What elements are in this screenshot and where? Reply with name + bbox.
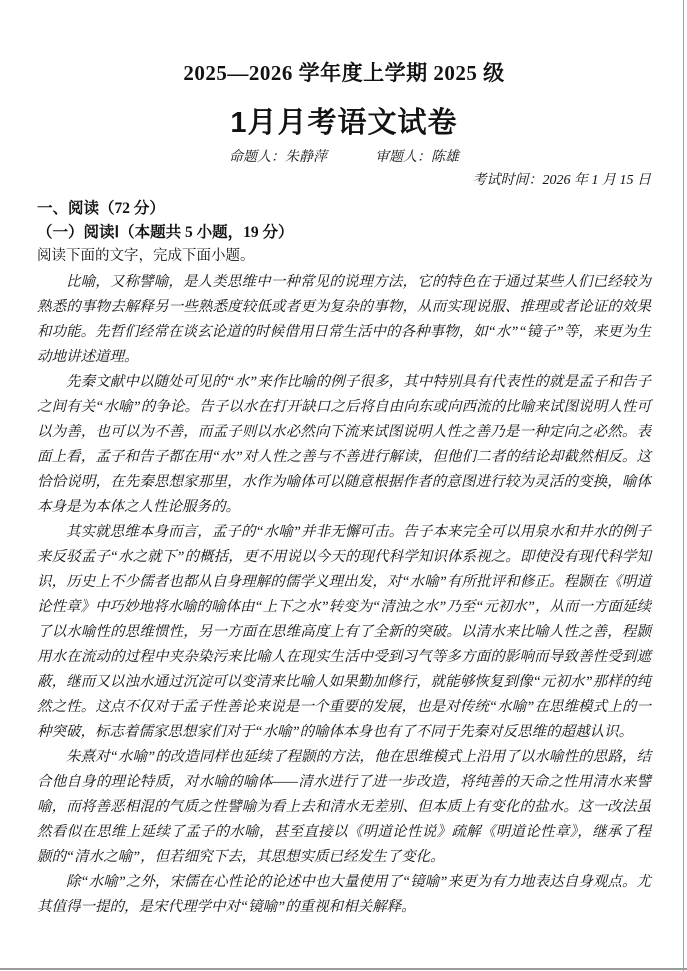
passage-paragraph-5: 除“水喻”之外，宋儒在心性论的论述中也大量使用了“镜喻”来更为有力地表达自身观点…	[37, 870, 651, 920]
page-content: 2025—2026 学年度上学期 2025 级 1月月考语文试卷 命题人：朱静萍…	[37, 0, 651, 920]
passage-paragraph-2: 先秦文献中以随处可见的“水”来作比喻的例子很多，其中特别具有代表性的就是孟子和告…	[37, 370, 651, 520]
school-year-title: 2025—2026 学年度上学期 2025 级	[37, 57, 651, 87]
reviewer-name: 审题人：陈雄	[375, 150, 459, 165]
exam-paper-page: 2025—2026 学年度上学期 2025 级 1月月考语文试卷 命题人：朱静萍…	[0, 0, 687, 971]
passage-paragraph-1: 比喻，又称譬喻，是人类思维中一种常见的说理方法，它的特色在于通过某些人们已经较为…	[37, 270, 651, 370]
page-border-bottom	[0, 968, 687, 970]
exam-time: 考试时间：2026 年 1 月 15 日	[37, 169, 651, 187]
page-border-right	[683, 0, 684, 971]
passage-paragraph-3: 其实就思维本身而言，孟子的“水喻”并非无懈可击。告子本来完全可以用泉水和井水的例…	[37, 520, 651, 745]
passage: 比喻，又称譬喻，是人类思维中一种常见的说理方法，它的特色在于通过某些人们已经较为…	[37, 270, 651, 920]
section-heading-reading: 一、阅读（72 分）	[37, 196, 651, 218]
reading-instruction: 阅读下面的文字，完成下面小题。	[37, 244, 651, 266]
subsection-heading-reading-1: （一）阅读Ⅰ（本题共 5 小题，19 分）	[37, 220, 651, 242]
byline: 命题人：朱静萍审题人：陈雄	[37, 146, 651, 164]
exam-title: 1月月考语文试卷	[37, 100, 651, 141]
passage-paragraph-4: 朱熹对“水喻”的改造同样也延续了程颢的方法，他在思维模式上沿用了以水喻性的思路，…	[37, 745, 651, 870]
setter-name: 命题人：朱静萍	[229, 150, 327, 165]
